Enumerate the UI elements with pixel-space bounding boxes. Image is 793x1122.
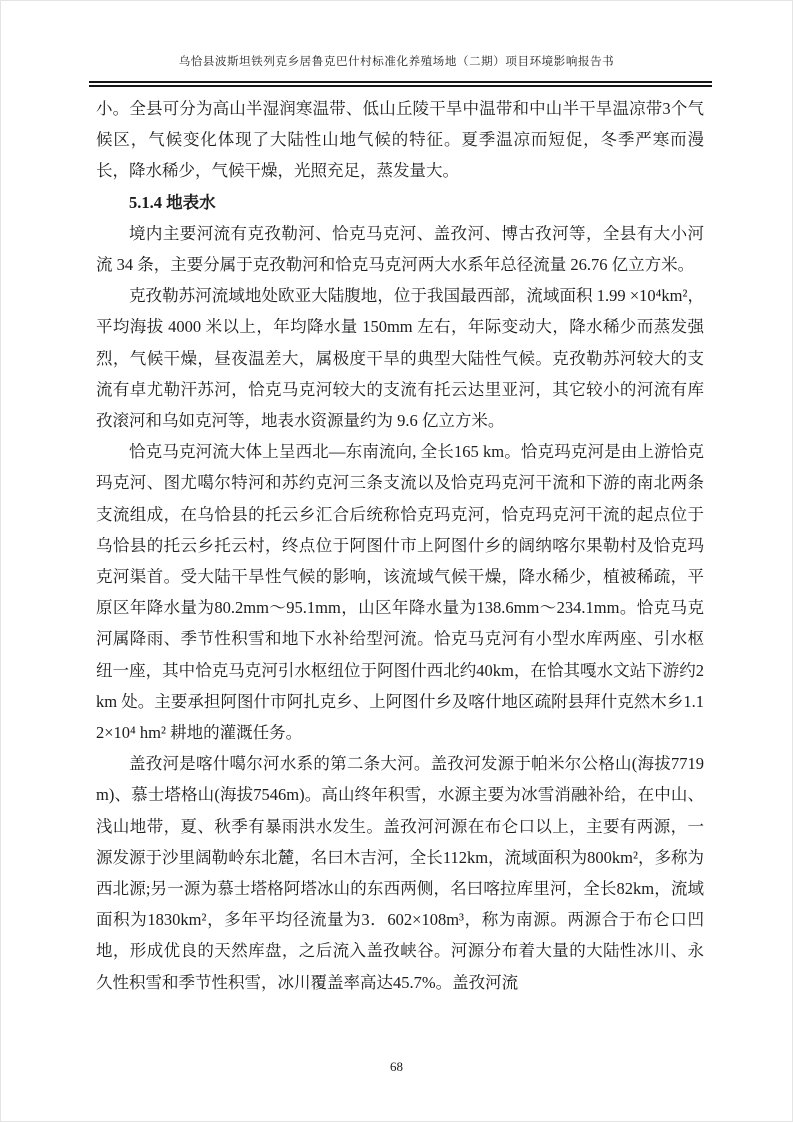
- section-heading-surface-water: 5.1.4 地表水: [96, 187, 704, 218]
- document-page: 乌恰县波斯坦铁列克乡居鲁克巴什村标准化养殖场地（二期）项目环境影响报告书 小。全…: [0, 0, 793, 1122]
- paragraph-gaizi-river: 盖孜河是喀什噶尔河水系的第二条大河。盖孜河发源于帕米尔公格山(海拔7719m)、…: [96, 748, 704, 998]
- page-number: 68: [1, 1059, 792, 1075]
- paragraph-kezilesu-river: 克孜勒苏河流域地处欧亚大陆腹地，位于我国最西部，流域面积 1.99 ×10⁴km…: [96, 280, 704, 436]
- paragraph-climate-continued: 小。全县可分为高山半湿润寒温带、低山丘陵干旱中温带和中山半干旱温凉带3个气候区，…: [96, 93, 704, 187]
- paragraph-rivers-overview: 境内主要河流有克孜勒河、恰克马克河、盖孜河、博古孜河等，全县有大小河流 34 条…: [96, 218, 704, 280]
- paragraph-qiakemake-river: 恰克马克河流大体上呈西北—东南流向, 全长165 km。恰克玛克河是由上游恰克玛…: [96, 436, 704, 748]
- document-body: 小。全县可分为高山半湿润寒温带、低山丘陵干旱中温带和中山半干旱温凉带3个气候区，…: [96, 93, 704, 998]
- report-header-title: 乌恰县波斯坦铁列克乡居鲁克巴什村标准化养殖场地（二期）项目环境影响报告书: [1, 53, 792, 69]
- header-double-rule: [89, 81, 712, 87]
